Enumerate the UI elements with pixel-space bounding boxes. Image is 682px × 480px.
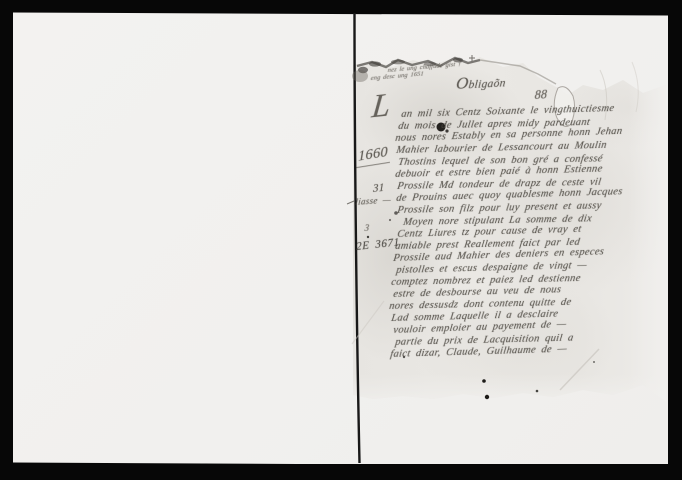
corner-smudge	[352, 70, 368, 82]
microfilm-scan: nez le ung chaffude gist † eng desc ung …	[0, 0, 682, 480]
folio-number: 88	[534, 87, 547, 103]
margin-tick	[347, 201, 354, 204]
margin-item-number: 31	[373, 182, 385, 195]
paraphe-dot	[367, 236, 369, 238]
speck	[389, 219, 391, 221]
speck	[593, 361, 595, 363]
doc-type-label: Obligaõn	[455, 71, 507, 94]
speck	[485, 395, 489, 399]
crease	[560, 349, 599, 390]
speck	[536, 390, 539, 393]
speck	[482, 379, 486, 383]
edge-smudge	[369, 61, 381, 66]
paper-streak	[632, 62, 638, 112]
cross-mark	[469, 55, 475, 61]
margin-paraphe: 3	[364, 223, 370, 233]
edge-smudge	[391, 60, 405, 65]
frame-top-edge	[13, 11, 669, 16]
decorated-initial: L	[370, 87, 393, 127]
frame-bottom-edge	[13, 463, 669, 480]
